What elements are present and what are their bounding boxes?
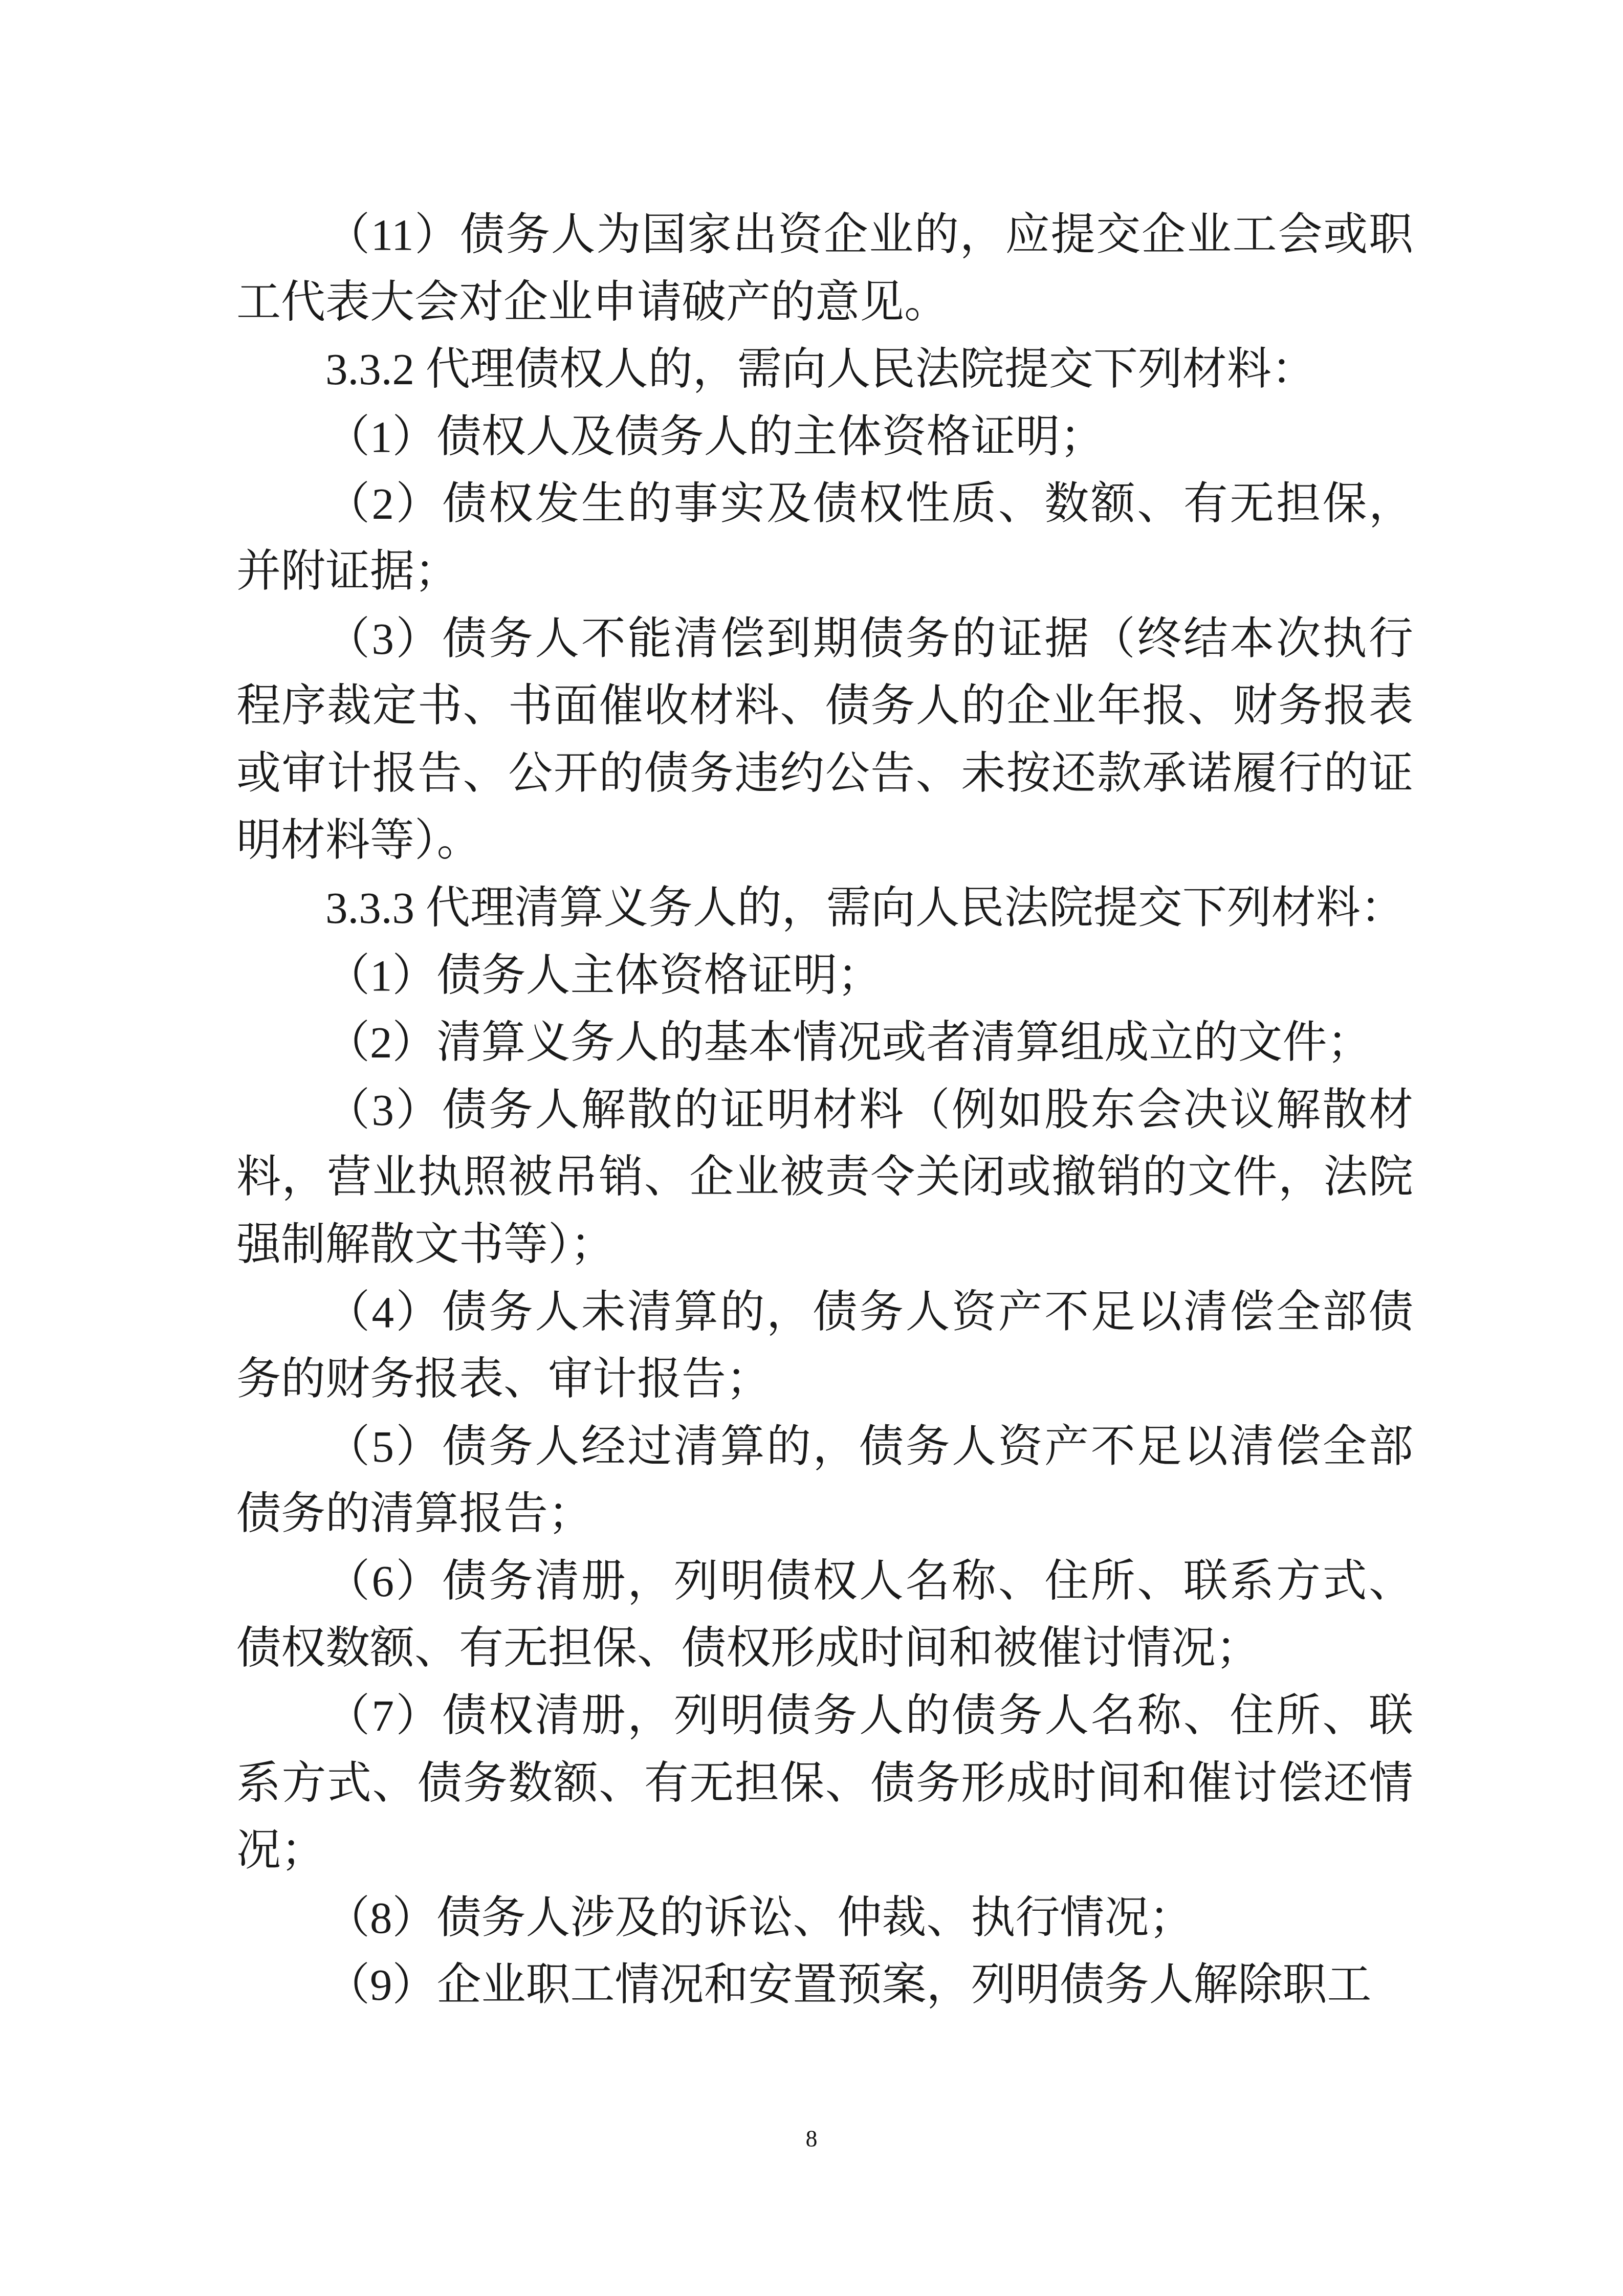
paragraph: （7）债权清册，列明债务人的债务人名称、住所、联系方式、债务数额、有无担保、债务…	[236, 1682, 1413, 1884]
document-page: （11）债务人为国家出资企业的，应提交企业工会或职工代表大会对企业申请破产的意见…	[0, 0, 1623, 2296]
paragraph: （8）债务人涉及的诉讼、仲裁、执行情况；	[236, 1884, 1413, 1952]
paragraph: （9）企业职工情况和安置预案，列明债务人解除职工	[236, 1951, 1413, 2019]
paragraph: 3.3.2 代理债权人的，需向人民法院提交下列材料：	[236, 336, 1413, 403]
paragraph: （2）债权发生的事实及债权性质、数额、有无担保，并附证据；	[236, 470, 1413, 605]
paragraph: （11）债务人为国家出资企业的，应提交企业工会或职工代表大会对企业申请破产的意见…	[236, 201, 1413, 336]
paragraph: （3）债务人不能清偿到期债务的证据（终结本次执行程序裁定书、书面催收材料、债务人…	[236, 605, 1413, 874]
page-number: 8	[0, 2124, 1623, 2154]
paragraph: （5）债务人经过清算的，债务人资产不足以清偿全部债务的清算报告；	[236, 1413, 1413, 1548]
paragraph: 3.3.3 代理清算义务人的，需向人民法院提交下列材料：	[236, 874, 1413, 942]
paragraph: （2）清算义务人的基本情况或者清算组成立的文件；	[236, 1009, 1413, 1076]
paragraph: （1）债务人主体资格证明；	[236, 942, 1413, 1009]
paragraph: （3）债务人解散的证明材料（例如股东会决议解散材料，营业执照被吊销、企业被责令关…	[236, 1076, 1413, 1278]
body-text: （11）债务人为国家出资企业的，应提交企业工会或职工代表大会对企业申请破产的意见…	[236, 201, 1413, 2019]
paragraph: （4）债务人未清算的，债务人资产不足以清偿全部债务的财务报表、审计报告；	[236, 1278, 1413, 1413]
paragraph: （1）债权人及债务人的主体资格证明；	[236, 403, 1413, 471]
paragraph: （6）债务清册，列明债权人名称、住所、联系方式、债权数额、有无担保、债权形成时间…	[236, 1548, 1413, 1682]
